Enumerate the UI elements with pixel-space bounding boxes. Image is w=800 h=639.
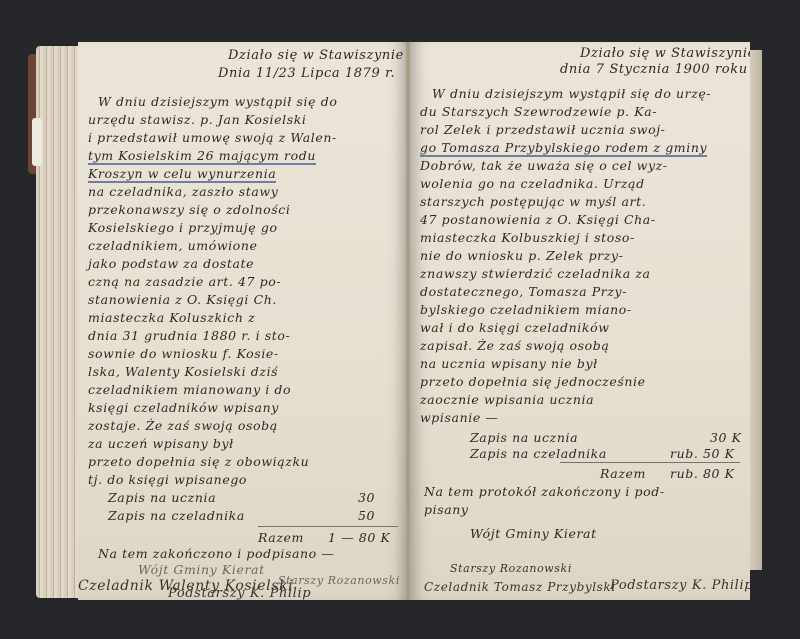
signature: Podstarszy K. Philip [610, 578, 750, 593]
right-body-line: zaocznie wpisania ucznia [420, 392, 594, 407]
signature-czeladnik-right: Czeladnik Tomasz Przybylski [424, 580, 616, 594]
right-page: Działo się w Stawiszynie dnia 7 Stycznia… [410, 42, 750, 600]
left-body-line: za uczeń wpisany był [88, 436, 234, 451]
left-body-line: i przedstawił umowę swoją z Walen- [88, 130, 337, 145]
right-body-line-underlined: go Tomasza Przybylskiego rodem z gminy [420, 140, 707, 157]
left-page: Działo się w Stawiszynie Dnia 11/23 Lipc… [78, 42, 408, 600]
right-body-line: przeto dopełnia się jednocześnie [420, 374, 646, 389]
closing-line: Na tem protokół zakończony i pod- [424, 484, 665, 499]
left-body-line-underlined: Kroszyn w celu wynurzenia [88, 166, 276, 183]
fee-amount-total: rub. 80 K [670, 466, 735, 481]
closing-line: Wójt Gminy Kierat [470, 526, 597, 541]
left-body-line: W dniu dzisiejszym wystąpił się do [98, 94, 337, 109]
right-body-line: bylskiego czeladnikiem miano- [420, 302, 632, 317]
fee-amount: 30 K [710, 430, 742, 445]
paper-tab-marker [32, 118, 42, 166]
left-body-line: jako podstaw za dostate [88, 256, 254, 271]
right-body-line: wpisanie — [420, 410, 499, 425]
left-header-line-1: Działo się w Stawiszynie [228, 48, 404, 63]
fee-amount: 50 [358, 508, 375, 523]
signature: Starszy Rozanowski [450, 562, 572, 575]
fee-label: Zapis na ucznia [470, 430, 578, 445]
left-body-line: urzędu stawisz. p. Jan Kosielski [88, 112, 307, 127]
left-body-line: sownie do wniosku f. Kosie- [88, 346, 279, 361]
left-body-line-underlined: tym Kosielskim 26 mającym rodu [88, 148, 316, 165]
signature-czeladnik-left: Czeladnik Walenty Kosielski [78, 578, 293, 594]
left-body-line: na czeladnika, zaszło stawy [88, 184, 278, 199]
left-body-line: czeladnikiem, umówione [88, 238, 258, 253]
fee-label: Zapis na czeladnika [108, 508, 245, 523]
left-body-line: czeladnikiem mianowany i do [88, 382, 291, 397]
left-body-line: księgi czeladników wpisany [88, 400, 279, 415]
right-body-line: starszych postępując w myśl art. [420, 194, 646, 209]
total-rule [560, 462, 740, 463]
right-header-line-2: dnia 7 Stycznia 1900 roku [560, 62, 748, 77]
page-edges-left [36, 46, 84, 598]
left-body-line: tj. do księgi wpisanego [88, 472, 247, 487]
left-body-line: przeto dopełnia się z obowiązku [88, 454, 309, 469]
left-body-line: stanowienia z O. Księgi Ch. [88, 292, 277, 307]
left-body-line: czną na zasadzie art. 47 po- [88, 274, 281, 289]
closing-line: Na tem zakończono i podpisano — [98, 546, 334, 561]
left-body-line: dnia 31 grudnia 1880 r. i sto- [88, 328, 290, 343]
right-body-line: miasteczka Kolbuszkiej i stoso- [420, 230, 635, 245]
closing-line: pisany [424, 502, 469, 517]
page-edges-right [748, 50, 762, 570]
right-body-line: W dniu dzisiejszym wystąpił się do urzę- [432, 86, 711, 101]
left-body-line: lska, Walenty Kosielski dziś [88, 364, 278, 379]
right-body-line: wał i do księgi czeladników [420, 320, 610, 335]
fee-label: Zapis na ucznia [108, 490, 216, 505]
right-body-line: nie do wniosku p. Zelek przy- [420, 248, 623, 263]
total-rule [258, 526, 398, 527]
left-header-line-2: Dnia 11/23 Lipca 1879 r. [218, 66, 395, 81]
right-body-line: dostatecznego, Tomasza Przy- [420, 284, 627, 299]
right-body-line: 47 postanowienia z O. Księgi Cha- [420, 212, 656, 227]
left-body-line: przekonawszy się o zdolności [88, 202, 290, 217]
fee-amount: rub. 50 K [670, 446, 735, 461]
left-body-line: miasteczka Koluszkich z [88, 310, 255, 325]
right-body-line: znawszy stwierdzić czeladnika za [420, 266, 651, 281]
fee-label-total: Razem [258, 530, 304, 545]
right-body-line: du Starszych Szewrodzewie p. Ka- [420, 104, 657, 119]
open-ledger-book: Działo się w Stawiszynie Dnia 11/23 Lipc… [28, 40, 768, 610]
fee-amount-total: 1 — 80 K [328, 530, 390, 545]
right-body-line: wolenia go na czeladnika. Urząd [420, 176, 645, 191]
right-body-line: zapisał. Że zaś swoją osobą [420, 338, 609, 353]
fee-amount: 30 [358, 490, 375, 505]
fee-label: Zapis na czeladnika [470, 446, 607, 461]
right-body-line: Dobrów, tak że uważa się o cel wyz- [420, 158, 668, 173]
left-body-line: Kosielskiego i przyjmuję go [88, 220, 278, 235]
closing-line: Wójt Gminy Kierat [138, 562, 265, 577]
right-body-line: na ucznia wpisany nie był [420, 356, 598, 371]
fee-label-total: Razem [600, 466, 646, 481]
right-header-line-1: Działo się w Stawiszynie [580, 46, 750, 61]
left-body-line: zostaje. Że zaś swoją osobą [88, 418, 278, 433]
right-body-line: rol Zelek i przedstawił ucznia swoj- [420, 122, 666, 137]
